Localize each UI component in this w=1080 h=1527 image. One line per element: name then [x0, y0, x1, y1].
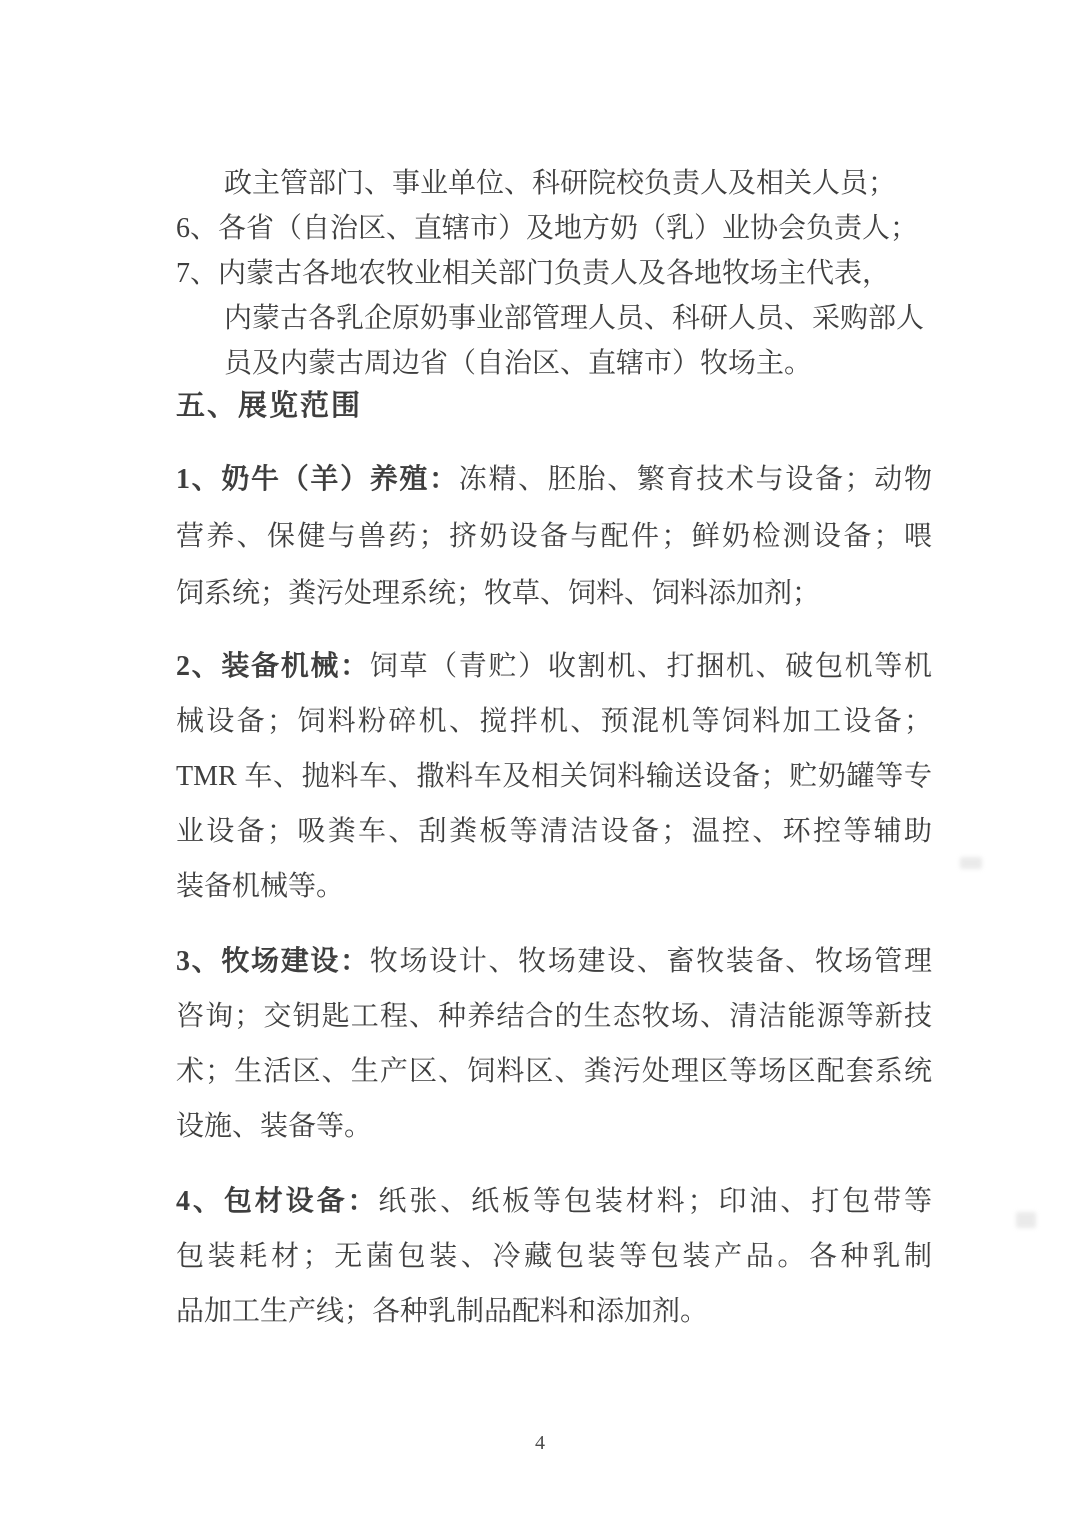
text-line: 设施、装备等。 — [176, 1099, 932, 1154]
paragraph-lead-label: 4、包材设备： — [176, 1186, 378, 1217]
paragraph-packaging-equipment: 4、包材设备：纸张、纸板等包装材料；印油、打包带等 包装耗材；无菌包装、冷藏包装… — [176, 1174, 932, 1339]
paragraph-lead-rest: 牧场设计、牧场建设、畜牧装备、牧场管理 — [370, 946, 932, 977]
page-number: 4 — [0, 1432, 1080, 1455]
paragraph-lead-label: 2、装备机械： — [176, 651, 370, 682]
paragraph-dairy-breeding: 1、奶牛（羊）养殖：冻精、胚胎、繁育技术与设备；动物 营养、保健与兽药；挤奶设备… — [176, 451, 932, 622]
paragraph-lead-label: 3、牧场建设： — [176, 946, 370, 977]
text-line: 7、内蒙古各地农牧业相关部门负责人及各地牧场主代表， — [176, 251, 932, 296]
paragraph-lead-rest: 纸张、纸板等包装材料；印油、打包带等 — [378, 1186, 932, 1217]
scan-artifact — [1016, 1212, 1036, 1228]
text-line: 业设备；吸粪车、刮粪板等清洁设备；温控、环控等辅助 — [176, 804, 932, 859]
attendee-list-section: 政主管部门、事业单位、科研院校负责人及相关人员； 6、各省（自治区、直辖市）及地… — [176, 161, 932, 386]
paragraph-lead-label: 1、奶牛（羊）养殖： — [176, 464, 459, 495]
text-line: 术；生活区、生产区、饲料区、粪污处理区等场区配套系统 — [176, 1044, 932, 1099]
text-line: 咨询；交钥匙工程、种养结合的生态牧场、清洁能源等新技 — [176, 989, 932, 1044]
document-page: 政主管部门、事业单位、科研院校负责人及相关人员； 6、各省（自治区、直辖市）及地… — [0, 0, 1080, 1527]
text-line: 3、牧场建设：牧场设计、牧场建设、畜牧装备、牧场管理 — [176, 934, 932, 989]
text-line: 4、包材设备：纸张、纸板等包装材料；印油、打包带等 — [176, 1174, 932, 1229]
text-line: 品加工生产线；各种乳制品配料和添加剂。 — [176, 1284, 932, 1339]
text-line: 装备机械等。 — [176, 859, 932, 914]
text-line: 1、奶牛（羊）养殖：冻精、胚胎、繁育技术与设备；动物 — [176, 451, 932, 508]
text-line: 包装耗材；无菌包装、冷藏包装等包装产品。各种乳制 — [176, 1229, 932, 1284]
text-line: 内蒙古各乳企原奶事业部管理人员、科研人员、采购部人 — [176, 296, 932, 341]
paragraph-lead-rest: 冻精、胚胎、繁育技术与设备；动物 — [459, 464, 932, 495]
scan-artifact — [960, 857, 982, 869]
section-heading-exhibition-scope: 五、展览范围 — [176, 384, 932, 429]
text-line: 2、装备机械：饲草（青贮）收割机、打捆机、破包机等机 — [176, 639, 932, 694]
text-line: TMR 车、抛料车、撒料车及相关饲料输送设备；贮奶罐等专 — [176, 749, 932, 804]
text-line: 6、各省（自治区、直辖市）及地方奶（乳）业协会负责人； — [176, 206, 932, 251]
paragraph-ranch-construction: 3、牧场建设：牧场设计、牧场建设、畜牧装备、牧场管理 咨询；交钥匙工程、种养结合… — [176, 934, 932, 1154]
text-line: 饲系统；粪污处理系统；牧草、饲料、饲料添加剂； — [176, 565, 932, 622]
text-line: 政主管部门、事业单位、科研院校负责人及相关人员； — [176, 161, 932, 206]
text-line: 员及内蒙古周边省（自治区、直辖市）牧场主。 — [176, 341, 932, 386]
text-line: 营养、保健与兽药；挤奶设备与配件；鲜奶检测设备；喂 — [176, 508, 932, 565]
paragraph-equipment-machinery: 2、装备机械：饲草（青贮）收割机、打捆机、破包机等机 械设备；饲料粉碎机、搅拌机… — [176, 639, 932, 914]
paragraph-lead-rest: 饲草（青贮）收割机、打捆机、破包机等机 — [370, 651, 932, 682]
text-line: 械设备；饲料粉碎机、搅拌机、预混机等饲料加工设备； — [176, 694, 932, 749]
